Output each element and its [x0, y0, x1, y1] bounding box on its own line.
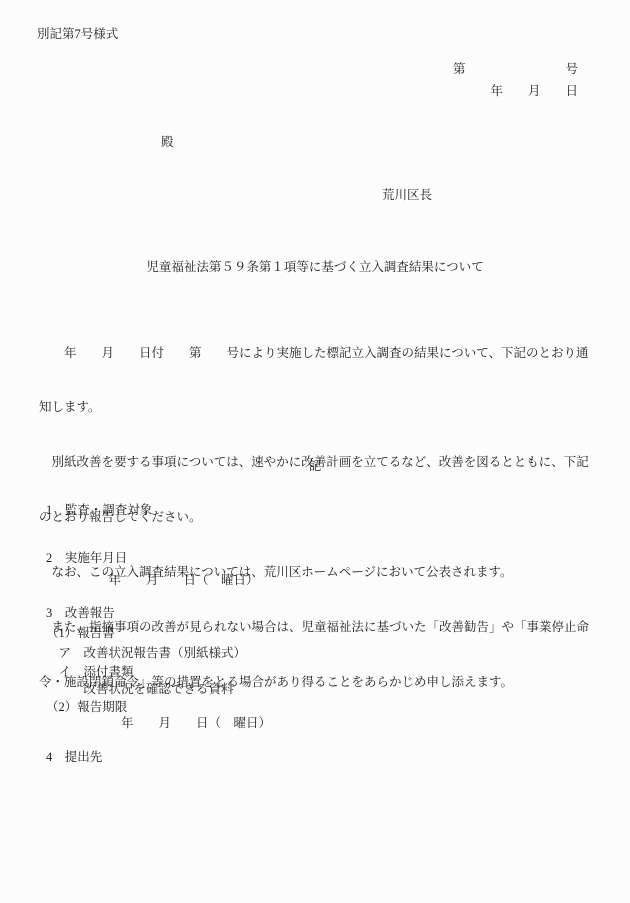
date-line: 年 月 日: [490, 83, 578, 99]
addressee-honorific: 殿: [161, 134, 174, 150]
list-item-3-1-b-attachments: イ 添付書類: [46, 664, 134, 680]
form-label: 別記第7号様式: [37, 26, 118, 42]
document-title: 児童福祉法第５９条第１項等に基づく立入調査結果について: [0, 259, 630, 275]
list-item-3-1-b-materials: 改善状況を確認できる資料: [46, 681, 234, 697]
record-marker: 記: [0, 458, 630, 474]
list-item-2-date-blank: 年 月 日（ 曜日）: [46, 572, 259, 588]
list-item-3-2-date-blank: 年 月 日（ 曜日）: [46, 715, 271, 731]
list-item-3-2-report-deadline: （2）報告期限: [46, 699, 127, 715]
body-line: また、指摘事項の改善が見られない場合は、児童福祉法に基づいた「改善勧告」や「事業…: [39, 616, 599, 638]
list-item-3-1-report-form: （1）報告書: [46, 625, 115, 641]
list-item-3-1-a-status-report: ア 改善状況報告書（別紙様式）: [46, 645, 246, 661]
body-line: 知します。: [39, 396, 599, 418]
list-item-1-inspection-target: 1 監査・調査対象: [46, 502, 152, 518]
body-line: 年 月 日付 第 号により実施した標記立入調査の結果について、下記のとおり通: [39, 342, 599, 364]
list-item-4-submission-destination: 4 提出先: [46, 749, 102, 765]
list-item-3-improvement-report: 3 改善報告: [46, 605, 115, 621]
doc-number-line: 第 号: [453, 61, 578, 77]
document-page: { "document": { "form_label": "別記第7号様式",…: [0, 0, 630, 903]
list-item-2-implementation-date: 2 実施年月日: [46, 550, 127, 566]
sender-name: 荒川区長: [382, 187, 432, 203]
